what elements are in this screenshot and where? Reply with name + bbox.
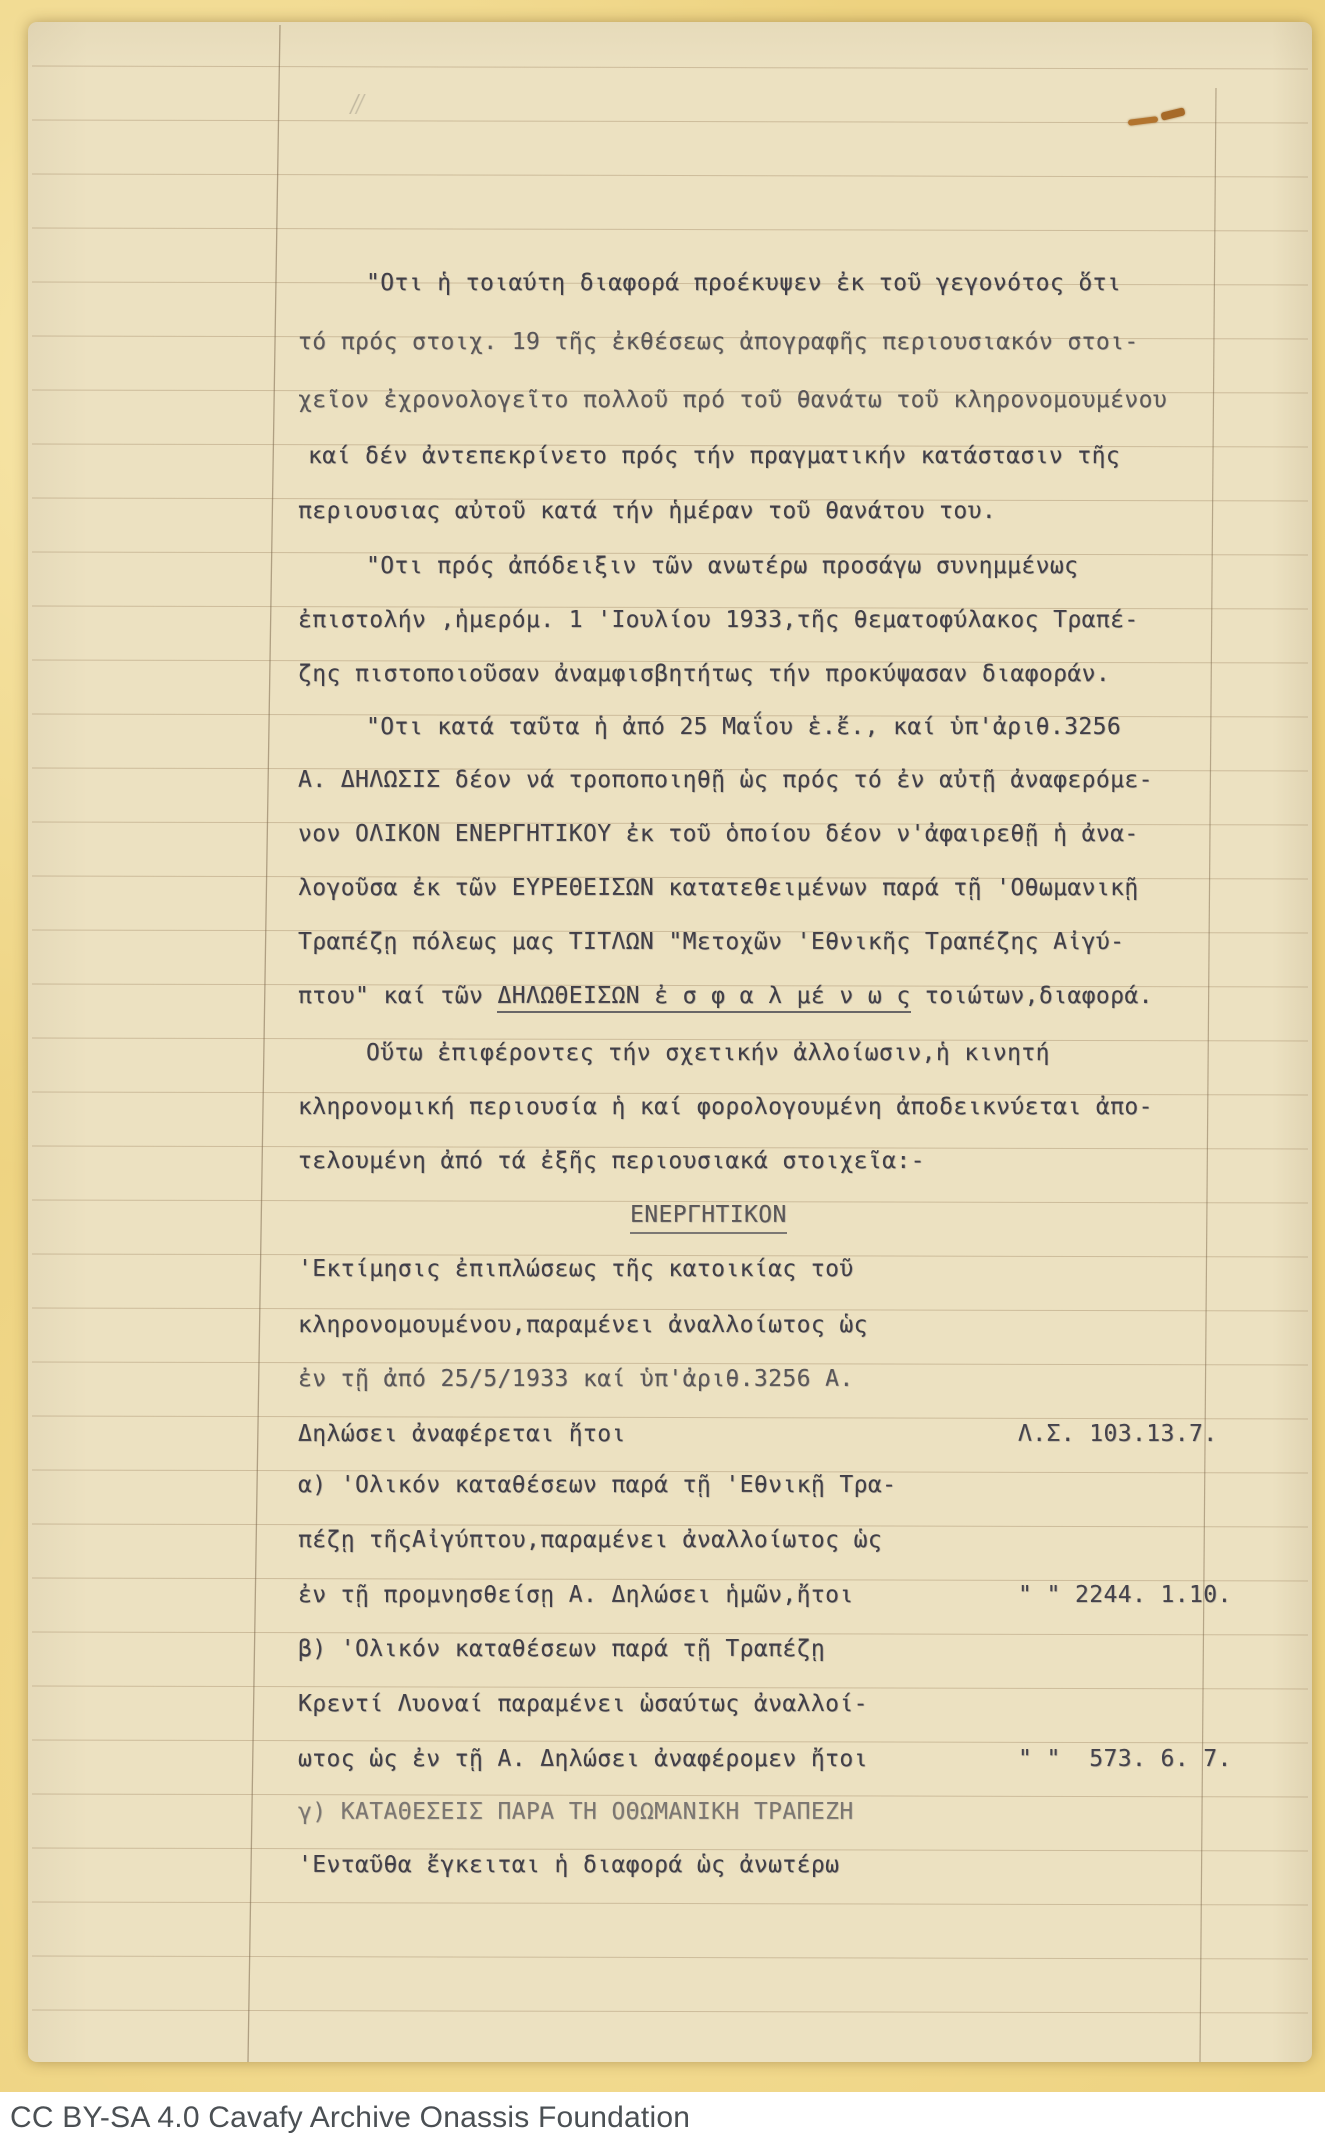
- typed-text-line: Κρεντί Λυοναί παραμένει ὡσαύτως ἀναλλοί-: [298, 1689, 868, 1719]
- section-heading: ΕΝΕΡΓΗΤΙΚΟΝ: [630, 1200, 787, 1234]
- typed-text-line: καί δέν ἀντεπεκρίνετο πρός τήν πραγματικ…: [308, 441, 1120, 471]
- scanned-document-view: { "page": { "background_color": "#edd27f…: [0, 0, 1325, 2155]
- typed-text-line: ἐν τῇ ἀπό 25/5/1933 καί ὑπ'ἀριθ.3256 Α.: [298, 1364, 854, 1394]
- typed-text-line: β) 'Ολικόν καταθέσεων παρά τῇ Τραπέζῃ: [298, 1634, 825, 1664]
- typed-text-line: γ) ΚΑΤΑΘΕΣΕΙΣ ΠΑΡΑ ΤΗ ΟΘΩΜΑΝΙΚΗ ΤΡΑΠΕΖΗ: [298, 1797, 854, 1827]
- typed-text-line: 'Ενταῦθα ἔγκειται ἡ διαφορά ὡς ἀνωτέρω: [298, 1850, 839, 1880]
- typed-text-line: χεῖον ἐχρονολογεῖτο πολλοῦ πρό τοῦ θανάτ…: [298, 385, 1167, 415]
- typed-text-line: πτου" καί τῶν ΔΗΛΩΘΕΙΣΩΝ ἐ σ φ α λ μέ ν …: [298, 981, 1153, 1011]
- paper-tear-mark: [1128, 116, 1159, 126]
- typed-text-line: "Οτι ἡ τοιαύτη διαφορά προέκυψεν ἐκ τοῦ …: [366, 268, 1121, 298]
- typed-text-line: κληρονομική περιουσία ἡ καί φορολογουμέν…: [298, 1092, 1153, 1122]
- typed-text-line: ἐπιστολήν ,ἡμερόμ. 1 'Ιουλίου 1933,τῆς θ…: [298, 605, 1139, 635]
- typed-text-line: τελουμένη ἀπό τά ἐξῆς περιουσιακά στοιχε…: [298, 1146, 925, 1176]
- typed-text-line: ζης πιστοποιοῦσαν ἀναμφισβητήτως τήν προ…: [298, 659, 1110, 689]
- paper-tear-mark: [1160, 107, 1185, 121]
- typed-text-line: λογοῦσα ἐκ τῶν ΕΥΡΕΘΕΙΣΩΝ κατατεθειμένων…: [298, 873, 1139, 903]
- typed-text-line: ωτος ὡς ἐν τῇ Α. Δηλώσει ἀναφέρομεν ἤτοι: [298, 1744, 868, 1774]
- underlined-phrase: ΔΗΛΩΘΕΙΣΩΝ ἐ σ φ α λ μέ ν ω ς: [497, 983, 910, 1013]
- typed-text-line: Τραπέζῃ πόλεως μας ΤΙΤΛΩΝ "Μετοχῶν 'Εθνι…: [298, 927, 1124, 957]
- amount-value: " " 573. 6. 7.: [1018, 1744, 1232, 1774]
- typed-text-line: πέζῃ τῆςΑἰγύπτου,παραμένει ἀναλλοίωτος ὡ…: [298, 1525, 882, 1555]
- license-text: CC BY-SA 4.0 Cavafy Archive Onassis Foun…: [10, 2101, 690, 2135]
- typed-text-line: ἐν τῇ προμνησθείσῃ Α. Δηλώσει ἡμῶν,ἤτοι: [298, 1580, 854, 1610]
- amount-value: " " 2244. 1.10.: [1018, 1580, 1232, 1610]
- typed-text-line: "Οτι κατά ταῦτα ἡ ἀπό 25 Μαΐου ἑ.ἔ., καί…: [366, 712, 1121, 742]
- typed-text-line: κληρονομουμένου,παραμένει ἀναλλοίωτος ὡς: [298, 1310, 868, 1340]
- typed-text-line: τό πρός στοιχ. 19 τῆς ἐκθέσεως ἀπογραφῆς…: [298, 327, 1139, 357]
- typed-text-line: Α. ΔΗΛΩΣΙΣ δέον νά τροποποιηθῇ ὡς πρός τ…: [298, 765, 1153, 795]
- typed-text-line: "Οτι πρός ἀπόδειξιν τῶν ανωτέρω προσάγω …: [366, 551, 1078, 581]
- typed-text-line: Δηλώσει ἀναφέρεται ἤτοι: [298, 1419, 626, 1449]
- typed-text-line: Οὕτω ἐπιφέροντες τήν σχετικήν ἀλλοίωσιν,…: [366, 1038, 1050, 1068]
- amount-value: Λ.Σ. 103.13.7.: [1018, 1419, 1217, 1449]
- license-footer: CC BY-SA 4.0 Cavafy Archive Onassis Foun…: [0, 2092, 1325, 2155]
- pencil-scribble: [343, 94, 369, 114]
- typed-text-line: περιουσιας αὐτοῦ κατά τήν ἡμέραν τοῦ θαν…: [298, 496, 996, 526]
- typed-text-line: 'Εκτίμησις ἐπιπλώσεως τῆς κατοικίας τοῦ: [298, 1254, 854, 1284]
- typed-text-line: νον ΟΛΙΚΟΝ ΕΝΕΡΓΗΤΙΚΟΥ ἐκ τοῦ ὁποίου δέο…: [298, 819, 1139, 849]
- document-page: "Οτι ἡ τοιαύτη διαφορά προέκυψεν ἐκ τοῦ …: [28, 22, 1312, 2062]
- typed-text-line: α) 'Ολικόν καταθέσεων παρά τῇ 'Εθνικῇ Τρ…: [298, 1470, 896, 1500]
